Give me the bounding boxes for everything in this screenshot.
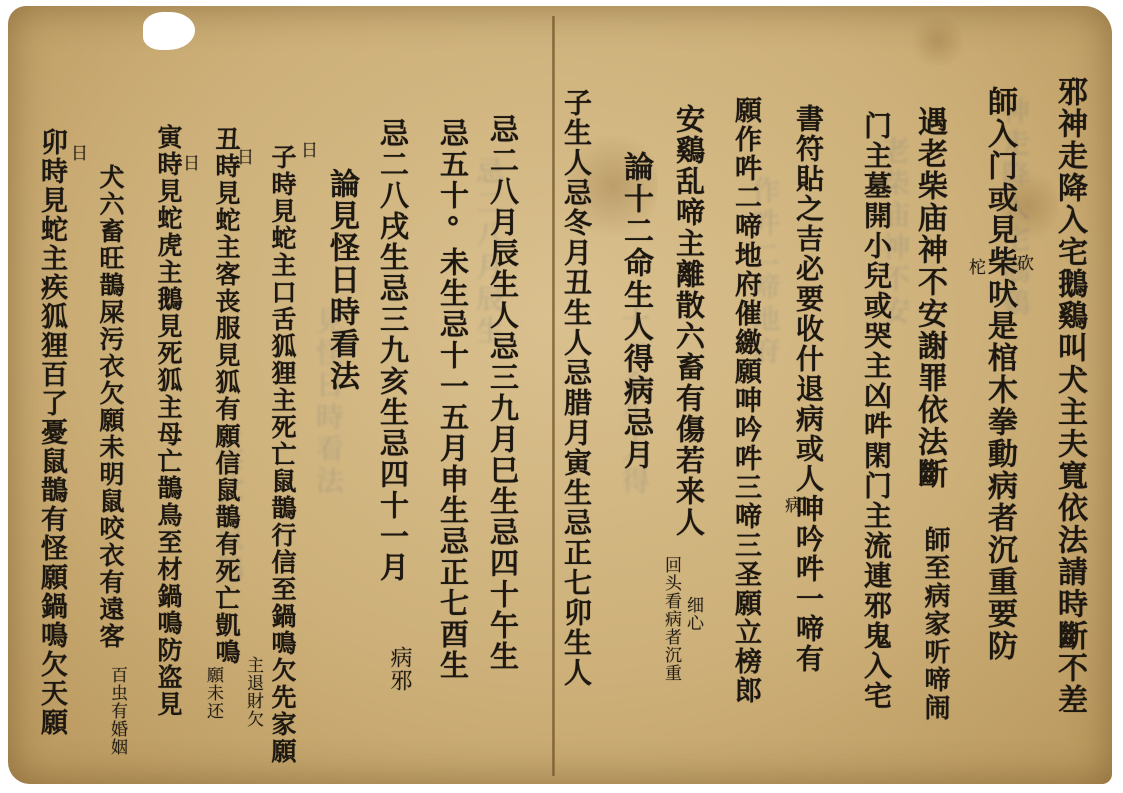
annotation: 砍 (1014, 254, 1031, 272)
annotation: 日 (180, 154, 197, 172)
text-column: 门主墓開小兒或哭主凶吽閑门主流連邪鬼入宅 (862, 111, 890, 711)
text-column: 遇老柴庙神不安謝罪依法斷 (914, 106, 944, 490)
text-column: 忌五十°未生忌十一五月申生忌正七酉生 (438, 118, 467, 681)
manuscript-spread: 神走降入宅鵝鷄 老柴庙神不安 作吽二啼地府 十二命生人得 邪神走降入宅鵝鷄叫犬主… (8, 6, 1112, 784)
section-heading: 論見怪日時看法 (326, 168, 356, 392)
annotation: 日 (298, 141, 315, 159)
text-column: 安鷄乱啼主離散六畜有傷若来人 (674, 104, 703, 538)
annotation: 病 (782, 496, 799, 514)
text-column: 書符貼之吉必要收什退病或人呻吟吽一啼有 (794, 104, 822, 674)
text-column: 忌二八月辰生人忌三九月巳生忌四十午生 (488, 114, 517, 672)
text-column: 卯時見蛇主疾狐狸百了憂鼠鵲有怪願鍋鳴欠天願 (38, 128, 65, 737)
annotation: 细心 (684, 596, 701, 632)
text-column: 子時見蛇主口舌狐狸主死亡鼠鵲行信至鍋鳴欠先家願 (270, 144, 295, 765)
text-column: 丑時見蛇主客丧服見狐有願信鼠鵲有死亡凱鳴 (214, 126, 239, 666)
annotation: 願未还 (204, 666, 221, 720)
annotation: 柁 (966, 258, 983, 276)
right-page: 神走降入宅鵝鷄 老柴庙神不安 作吽二啼地府 十二命生人得 邪神走降入宅鵝鷄叫犬主… (554, 6, 1112, 784)
text-column: 師入门或見柴吠是棺木拳動病者沉重要防 (984, 86, 1014, 706)
annotation: 回头看病者沉重 (662, 556, 679, 682)
text-column: 邪神走降入宅鵝鷄叫犬主夫寬依法請時斷不差 (1054, 76, 1084, 716)
annotation: 日 (234, 148, 251, 166)
text-column: 寅時見蛇虎主鵝見死狐主母亡鵲鳥至材鍋鳴防盗見 (156, 124, 181, 718)
text-column: 犬六畜旺鵲屎污衣欠願未明鼠咬衣有遠客 (98, 164, 123, 650)
text-column: 子生人忌冬月丑生人忌腊月寅生忌正七卯生人 (562, 88, 590, 688)
text-column: 忌二八戌生忌三九亥生忌四十一月 (378, 118, 407, 583)
text-column-lower: 師至病家听啼闹 (922, 526, 948, 722)
annotation: 百虫有婚姻 (108, 666, 125, 756)
left-page: 忌二八月辰生 見怪日時看法 主死亡鼠鵲 忌二八月辰生人忌三九月巳生忌四十午生 忌… (8, 6, 554, 784)
annotation: 主退財欠 (244, 656, 261, 728)
text-column: 願作吽二啼地府催繳願呻吟吽三啼三圣願立榜郎 (732, 96, 759, 705)
annotation: 病邪 (388, 646, 410, 692)
annotation: 日 (68, 144, 85, 162)
section-heading: 論十二命生人得病忌月 (620, 151, 650, 471)
